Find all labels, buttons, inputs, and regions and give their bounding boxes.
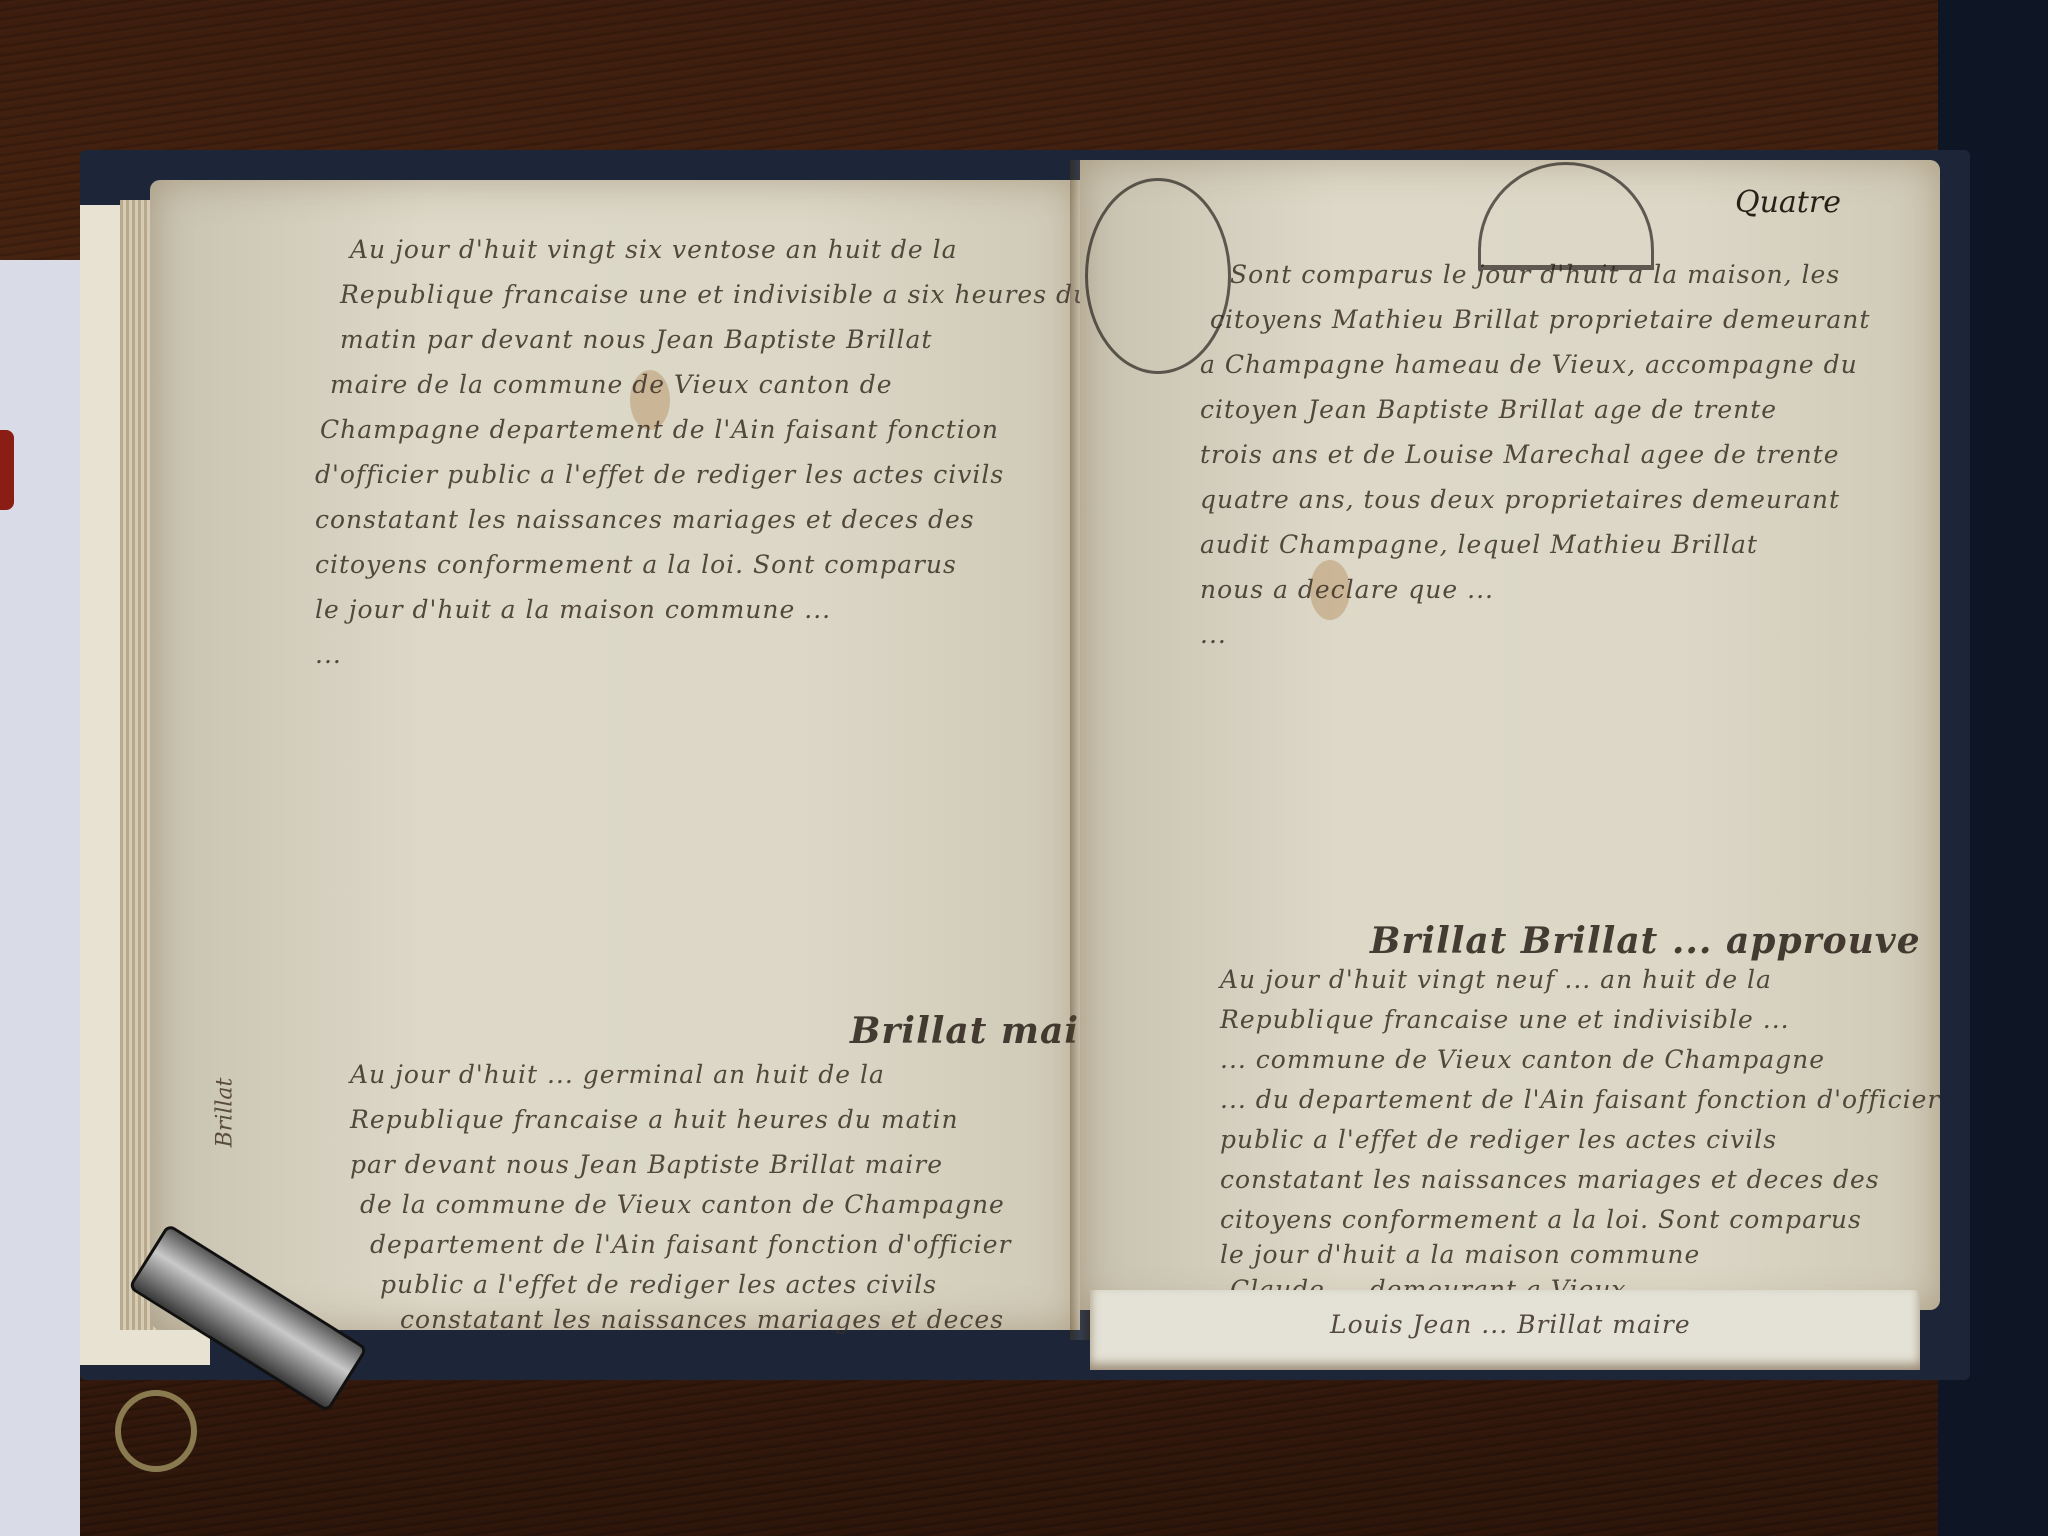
text-line: constatant les naissances mariages et de… [315, 505, 975, 534]
text-line: quatre ans, tous deux proprietaires deme… [1200, 485, 1840, 514]
text-line: citoyens conformement a la loi. Sont com… [315, 550, 957, 579]
text-line: Champagne departement de l'Ain faisant f… [320, 415, 999, 444]
red-object-edge [0, 430, 14, 510]
signatures: Brillat Brillat ... approuve [1370, 920, 1921, 962]
text-line: Au jour d'huit ... germinal an huit de l… [350, 1060, 885, 1089]
text-line: audit Champagne, lequel Mathieu Brillat [1200, 530, 1758, 559]
text-line: Republique francaise une et indivisible … [1220, 1005, 1790, 1034]
text-line: le jour d'huit a la maison commune ... [315, 595, 831, 624]
text-line: Republique francaise a huit heures du ma… [350, 1105, 959, 1134]
text-line: nous a declare que ... [1200, 575, 1494, 604]
text-line: ... [1200, 620, 1227, 649]
text-line: par devant nous Jean Baptiste Brillat ma… [350, 1150, 943, 1179]
oval-stamp-icon [1085, 178, 1231, 374]
folio-number: Quatre [1735, 185, 1841, 220]
slip-text: Louis Jean ... Brillat maire [1330, 1310, 1691, 1339]
text-line: Au jour d'huit vingt neuf ... an huit de… [1220, 965, 1772, 994]
text-line: ... commune de Vieux canton de Champagne [1220, 1045, 1825, 1074]
text-line: citoyens Mathieu Brillat proprietaire de… [1210, 305, 1870, 334]
text-line: constatant les naissances mariages et de… [400, 1305, 1004, 1334]
margin-note: Brillat [212, 1078, 237, 1148]
binder-clip-handle [115, 1390, 197, 1472]
text-line: constatant les naissances mariages et de… [1220, 1165, 1880, 1194]
text-line: de la commune de Vieux canton de Champag… [360, 1190, 1005, 1219]
text-line: ... [315, 640, 342, 669]
text-line: citoyen Jean Baptiste Brillat age de tre… [1200, 395, 1777, 424]
text-line: matin par devant nous Jean Baptiste Bril… [340, 325, 932, 354]
text-line: a Champagne hameau de Vieux, accompagne … [1200, 350, 1858, 379]
bottom-paper-slip: Louis Jean ... Brillat maire [1090, 1290, 1920, 1370]
text-line: maire de la commune de Vieux canton de [330, 370, 893, 399]
text-line: public a l'effet de rediger les actes ci… [1220, 1125, 1777, 1154]
text-line: Au jour d'huit vingt six ventose an huit… [350, 235, 958, 264]
text-line: d'officier public a l'effet de rediger l… [315, 460, 1004, 489]
text-line: le jour d'huit a la maison commune [1220, 1240, 1700, 1269]
text-line: ... du departement de l'Ain faisant fonc… [1220, 1085, 1940, 1114]
text-line: trois ans et de Louise Marechal agee de … [1200, 440, 1840, 469]
text-line: citoyens conformement a la loi. Sont com… [1220, 1205, 1862, 1234]
text-line: departement de l'Ain faisant fonction d'… [370, 1230, 1012, 1259]
text-line: Republique francaise une et indivisible … [340, 280, 1090, 309]
left-page: Au jour d'huit vingt six ventose an huit… [150, 180, 1080, 1330]
text-line: public a l'effet de rediger les actes ci… [380, 1270, 937, 1299]
